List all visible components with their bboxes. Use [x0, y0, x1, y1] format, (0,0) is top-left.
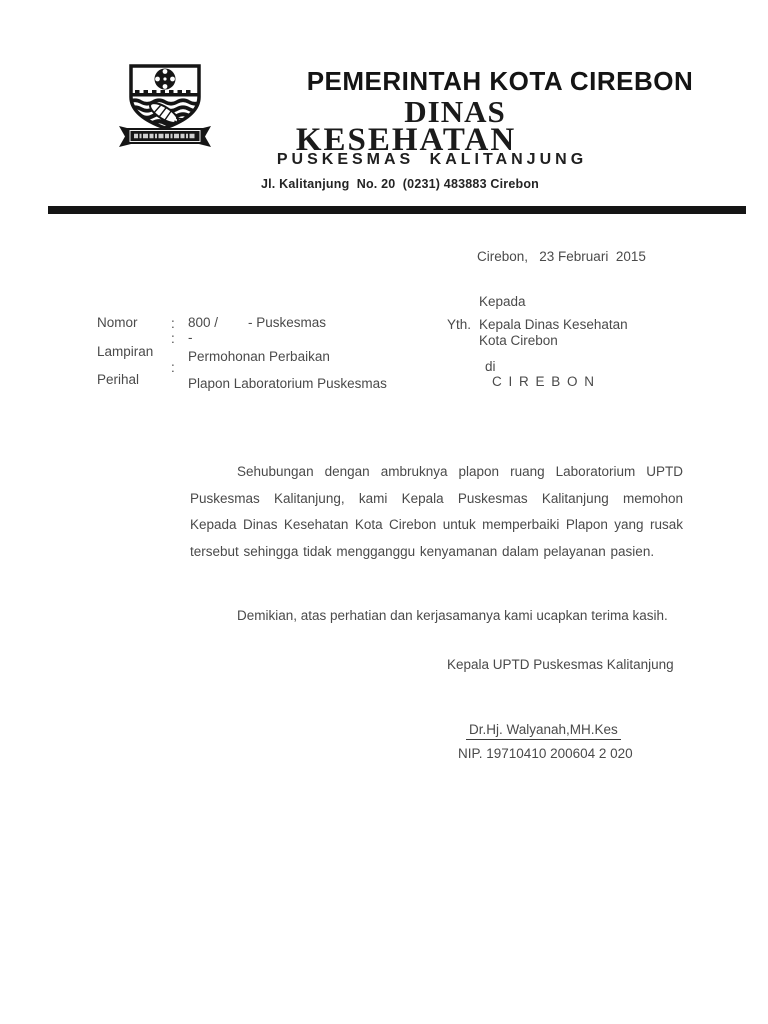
colon: : [171, 360, 175, 376]
lampiran-value: - [188, 330, 193, 346]
body-paragraph1-line: Kepada Dinas Kesehatan Kota Cirebon untu… [190, 517, 683, 544]
body-paragraph1-line: tersebut sehingga tidak mengganggu kenya… [190, 544, 683, 571]
recipient-city: C I R E B O N [492, 374, 596, 390]
signature-title: Kepala UPTD Puskesmas Kalitanjung [447, 657, 674, 673]
signature-name: Dr.Hj. Walyanah,MH.Kes [466, 722, 621, 740]
body-paragraph2: Demikian, atas perhatian dan kerjasamany… [237, 608, 668, 624]
colon: : [171, 316, 175, 332]
body-paragraph1-line: Puskesmas Kalitanjung, kami Kepala Puske… [190, 491, 683, 518]
nomor-label: Nomor [97, 315, 138, 331]
perihal-label: Perihal [97, 372, 139, 388]
perihal-value-line2: Plapon Laboratorium Puskesmas [188, 376, 387, 392]
letterhead-government: PEMERINTAH KOTA CIREBON [307, 67, 694, 97]
body-paragraph1-line: Sehubungan dengan ambruknya plapon ruang… [190, 464, 683, 491]
signature-name-wrap: Dr.Hj. Walyanah,MH.Kes [466, 722, 621, 738]
recipient-line2: Kota Cirebon [479, 333, 558, 349]
perihal-value-line1: Permohonan Perbaikan [188, 349, 330, 365]
lampiran-label: Lampiran [97, 344, 153, 360]
letterhead-divider [48, 206, 746, 214]
cirebon-coat-of-arms-icon [117, 63, 213, 147]
recipient-line1: Kepala Dinas Kesehatan [479, 317, 628, 333]
letterhead-unit: PUSKESMAS KALITANJUNG [277, 151, 587, 169]
recipient-di: di [485, 359, 496, 375]
recipient-yth: Yth. [447, 317, 471, 333]
dateline: Cirebon, 23 Februari 2015 [477, 249, 646, 265]
signature-nip: NIP. 19710410 200604 2 020 [458, 746, 633, 762]
letterhead-address: Jl. Kalitanjung No. 20 (0231) 483883 Cir… [261, 177, 539, 191]
colon: : [171, 331, 175, 347]
recipient-kepada: Kepada [479, 294, 526, 310]
nomor-value: 800 / - Puskesmas [188, 315, 326, 331]
letter-page: PEMERINTAH KOTA CIREBON DINAS KESEHATAN … [0, 0, 768, 1024]
